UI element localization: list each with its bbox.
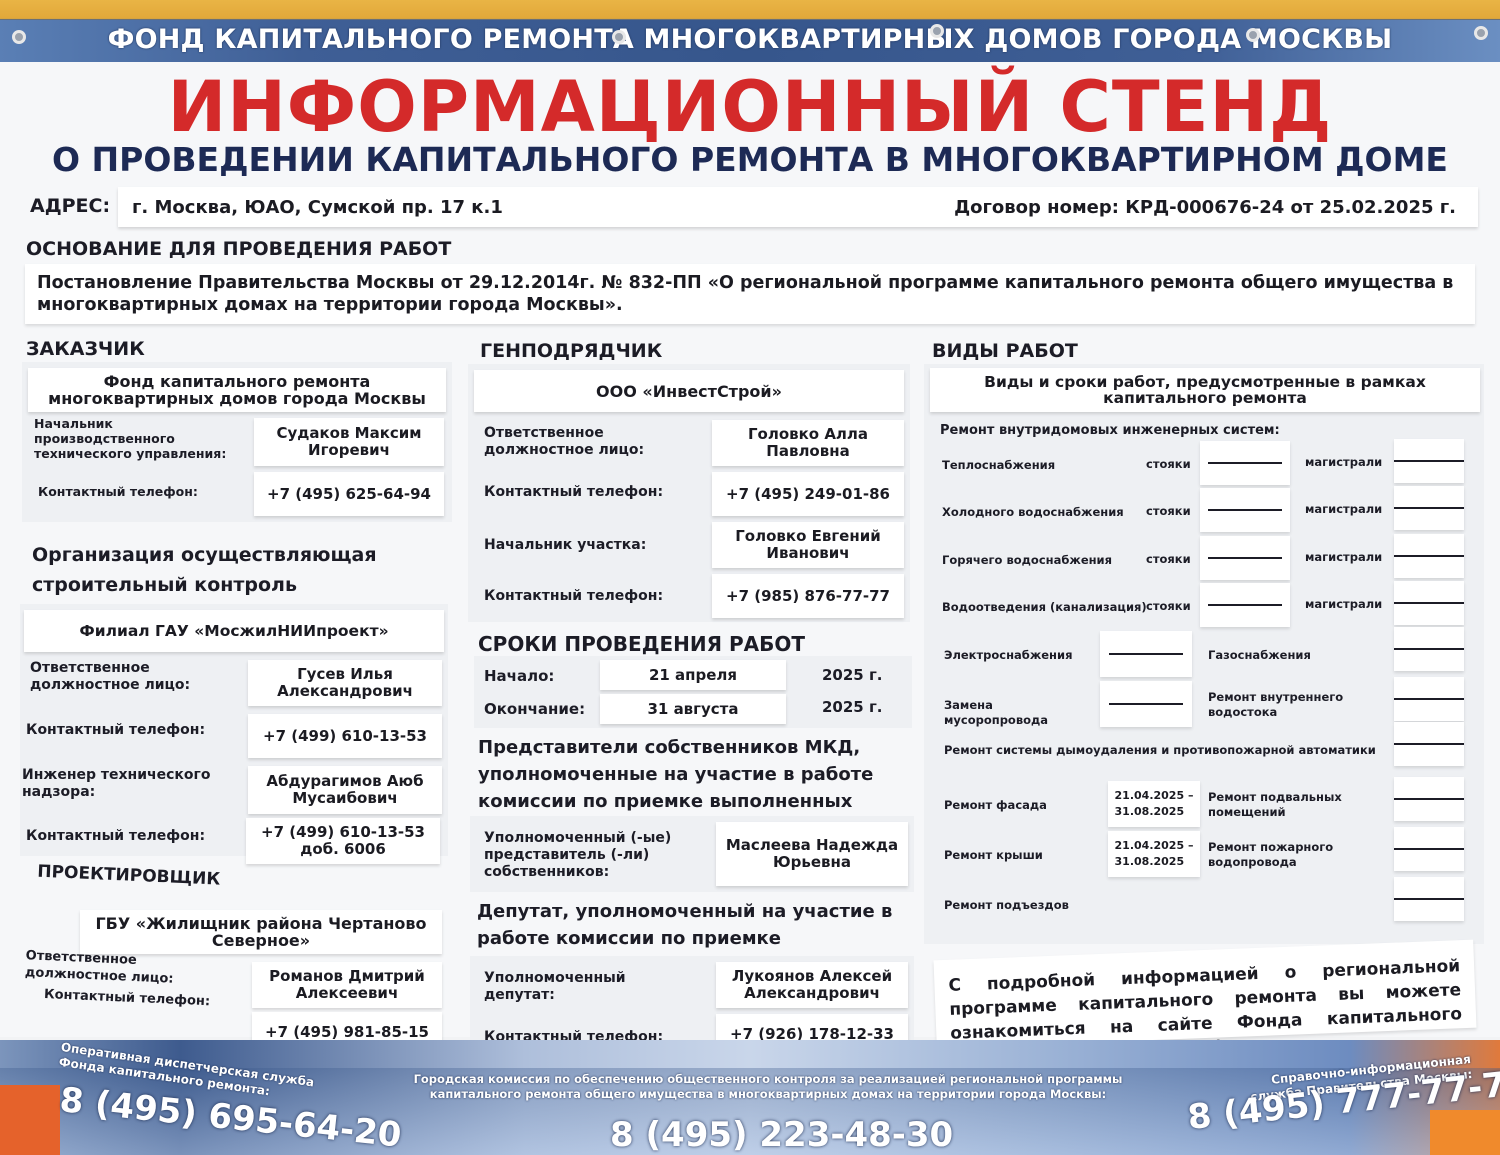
construction-control-heading: Организация осуществляющая строительный … <box>32 540 392 600</box>
engineering-row-name: Водоотведения (канализация) <box>942 600 1147 615</box>
grommet-icon <box>1474 26 1488 40</box>
hotline-phone[interactable]: 8 (495) 223-48-30 <box>610 1115 953 1155</box>
empty-dash <box>1394 555 1464 557</box>
designer-row-label: Контактный телефон: <box>44 986 211 1010</box>
schedule-start-date: 21 апреля <box>600 660 786 690</box>
work-type-name: Ремонт крыши <box>944 848 1094 863</box>
empty-dash <box>1394 848 1464 850</box>
works-box-title: Виды и сроки работ, предусмотренные в ра… <box>930 368 1480 412</box>
designer-org: ГБУ «Жилищник района Чертаново Северное» <box>80 910 442 954</box>
work-type-name: Газоснабжения <box>1208 648 1358 663</box>
work-type-term <box>1394 777 1464 821</box>
work-type-name: Замена мусоропровода <box>944 698 1094 728</box>
customer-row-value: Судаков Максим Игоревич <box>254 418 444 466</box>
cc-row-value: +7 (499) 610-13-53 доб. 6006 <box>246 818 440 864</box>
empty-dash <box>1394 698 1464 700</box>
grommet-icon <box>930 24 944 38</box>
work-type-name: Ремонт подвальных помещений <box>1208 790 1358 820</box>
empty-dash <box>1208 462 1282 464</box>
risers-label: стояки <box>1146 504 1191 519</box>
mains-label: магистрали <box>1305 550 1382 565</box>
mains-value <box>1394 581 1464 625</box>
empty-dash <box>1109 653 1183 655</box>
mains-label: магистрали <box>1305 455 1382 470</box>
engineering-row-name: Теплоснабжения <box>942 458 1055 473</box>
empty-dash <box>1208 604 1282 606</box>
work-type-term: 21.04.2025 – 31.08.2025 <box>1108 831 1200 877</box>
engineering-row-name: Горячего водоснабжения <box>942 553 1112 568</box>
grommet-icon <box>612 30 626 44</box>
work-type-term <box>1100 681 1192 727</box>
address-label: АДРЕС: <box>30 195 110 217</box>
hotline-label: Городская комиссия по обеспечению общест… <box>378 1072 1158 1102</box>
risers-label: стояки <box>1146 599 1191 614</box>
mains-value <box>1394 534 1464 578</box>
customer-heading: ЗАКАЗЧИК <box>26 338 145 360</box>
cc-row-label: Инженер технического надзора: <box>22 767 222 801</box>
designer-row-value: Романов Дмитрий Алексеевич <box>252 962 442 1008</box>
contractor-heading: ГЕНПОДРЯДЧИК <box>480 340 662 362</box>
empty-dash <box>1394 898 1464 900</box>
cc-row-label: Контактный телефон: <box>26 828 205 845</box>
contractor-org: ООО «ИнвестСтрой» <box>474 370 904 412</box>
customer-row-label: Начальник производственного технического… <box>34 416 244 461</box>
risers-value <box>1200 583 1290 627</box>
work-term-dates: 21.04.2025 – 31.08.2025 <box>1115 838 1194 870</box>
risers-value <box>1200 441 1290 485</box>
designer-heading: ПРОЕКТИРОВЩИК <box>37 862 221 890</box>
mains-value <box>1394 486 1464 530</box>
grommet-icon <box>12 30 26 44</box>
contractor-row-value: Головко Алла Павловна <box>712 420 904 466</box>
mains-label: магистрали <box>1305 502 1382 517</box>
risers-value <box>1200 488 1290 532</box>
contractor-row-label: Ответственное должностное лицо: <box>484 425 684 459</box>
contractor-row-label: Начальник участка: <box>484 537 646 554</box>
schedule-start-label: Начало: <box>484 668 554 685</box>
customer-row-label: Контактный телефон: <box>38 484 198 499</box>
schedule-end-label: Окончание: <box>484 701 585 718</box>
contractor-row-value: +7 (985) 876-77-77 <box>712 574 904 618</box>
engineering-heading: Ремонт внутридомовых инженерных систем: <box>940 422 1280 439</box>
empty-dash <box>1109 703 1183 705</box>
work-type-term <box>1394 627 1464 671</box>
work-type-name: Ремонт системы дымоудаления и противопож… <box>944 743 1384 758</box>
top-banner: ФОНД КАПИТАЛЬНОГО РЕМОНТА МНОГОКВАРТИРНЫ… <box>0 0 1500 62</box>
work-type-term: 21.04.2025 – 31.08.2025 <box>1108 781 1200 827</box>
empty-dash <box>1394 507 1464 509</box>
risers-label: стояки <box>1146 457 1191 472</box>
contractor-row-value: Головко Евгений Иванович <box>712 522 904 568</box>
fund-name-banner: ФОНД КАПИТАЛЬНОГО РЕМОНТА МНОГОКВАРТИРНЫ… <box>0 24 1500 55</box>
empty-dash <box>1394 460 1464 462</box>
risers-value <box>1200 536 1290 580</box>
work-type-term <box>1394 677 1464 721</box>
contractor-row-value: +7 (495) 249-01-86 <box>712 472 904 516</box>
mains-label: магистрали <box>1305 597 1382 612</box>
empty-dash <box>1394 743 1464 745</box>
work-type-term <box>1394 877 1464 921</box>
work-type-term <box>1394 722 1464 766</box>
empty-dash <box>1208 557 1282 559</box>
page-title: ИНФОРМАЦИОННЫЙ СТЕНД <box>0 66 1500 148</box>
address-box: г. Москва, ЮАО, Сумской пр. 17 к.1 Догов… <box>118 187 1478 227</box>
risers-label: стояки <box>1146 552 1191 567</box>
work-type-name: Ремонт подъездов <box>944 898 1384 913</box>
customer-row-value: +7 (495) 625-64-94 <box>254 472 444 516</box>
schedule-end-year: 2025 г. <box>822 699 883 716</box>
contractor-row-label: Контактный телефон: <box>484 484 663 501</box>
work-type-name: Ремонт фасада <box>944 798 1094 813</box>
empty-dash <box>1394 798 1464 800</box>
mains-value <box>1394 439 1464 483</box>
works-heading: ВИДЫ РАБОТ <box>932 340 1078 362</box>
cc-row-value: Абдурагимов Аюб Мусаибович <box>248 766 442 814</box>
page-subtitle: О ПРОВЕДЕНИИ КАПИТАЛЬНОГО РЕМОНТА В МНОГ… <box>0 140 1500 179</box>
work-type-name: Электроснабжения <box>944 648 1094 663</box>
address-value: г. Москва, ЮАО, Сумской пр. 17 к.1 <box>132 197 503 218</box>
schedule-end-date: 31 августа <box>600 694 786 724</box>
basis-text: Постановление Правительства Москвы от 29… <box>37 273 1453 315</box>
cc-row-label: Ответственное должностное лицо: <box>30 660 230 694</box>
work-type-term <box>1394 827 1464 871</box>
schedule-heading: СРОКИ ПРОВЕДЕНИЯ РАБОТ <box>478 632 805 656</box>
grommet-icon <box>1246 28 1260 42</box>
owners-rep-value: Маслеева Надежда Юрьевна <box>716 822 908 886</box>
contractor-row-label: Контактный телефон: <box>484 588 663 605</box>
engineering-row-name: Холодного водоснабжения <box>942 505 1124 520</box>
customer-org: Фонд капитального ремонта многоквартирны… <box>28 368 446 412</box>
basis-heading: ОСНОВАНИЕ ДЛЯ ПРОВЕДЕНИЯ РАБОТ <box>26 238 451 260</box>
deputy-row-label: Уполномоченный депутат: <box>484 970 684 1004</box>
deputy-row-value: Лукоянов Алексей Александрович <box>716 962 908 1008</box>
owners-rep-label: Уполномоченный (-ые) представитель (-ли)… <box>484 830 684 881</box>
cc-row-label: Контактный телефон: <box>26 722 205 739</box>
work-type-name: Ремонт пожарного водопровода <box>1208 840 1358 870</box>
cc-row-value: Гусев Илья Александрович <box>248 660 442 706</box>
work-term-dates: 21.04.2025 – 31.08.2025 <box>1115 788 1194 820</box>
empty-dash <box>1394 648 1464 650</box>
work-type-term <box>1100 631 1192 677</box>
work-type-name: Ремонт внутреннего водостока <box>1208 690 1358 720</box>
cc-row-value: +7 (499) 610-13-53 <box>248 714 442 758</box>
basis-box: Постановление Правительства Москвы от 29… <box>25 264 1475 324</box>
contract-number: Договор номер: КРД-000676-24 от 25.02.20… <box>954 197 1456 218</box>
empty-dash <box>1208 509 1282 511</box>
empty-dash <box>1394 602 1464 604</box>
schedule-start-year: 2025 г. <box>822 667 883 684</box>
construction-control-org: Филиал ГАУ «МосжилНИИпроект» <box>24 610 444 652</box>
